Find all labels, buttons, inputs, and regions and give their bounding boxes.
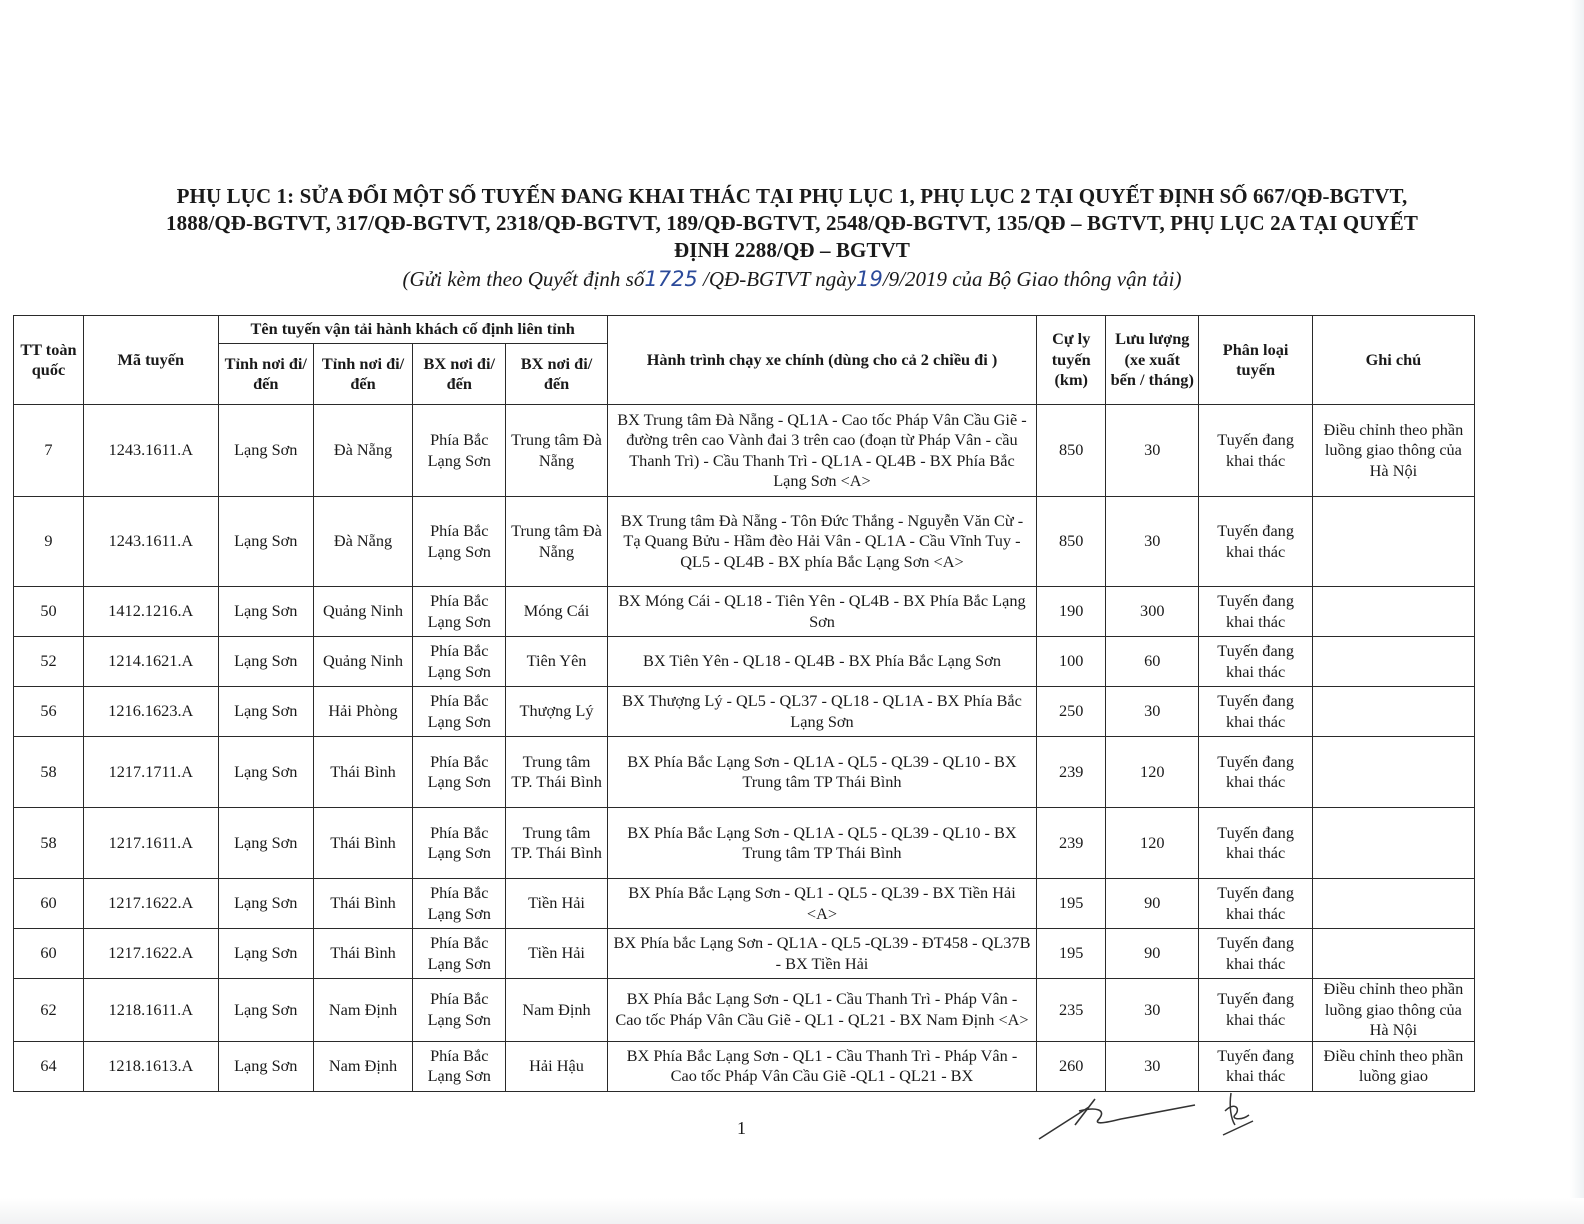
cell-tinh-1: Lạng Sơn <box>218 637 313 687</box>
decision-number-handwritten: 1725 <box>644 267 697 291</box>
cell-ma-tuyen: 1217.1711.A <box>83 737 218 808</box>
cell-cu-ly: 195 <box>1037 879 1106 929</box>
cell-tinh-2: Hải Phòng <box>313 687 412 737</box>
header-phan-loai: Phân loại tuyến <box>1199 316 1312 405</box>
table-row: 501412.1216.ALạng SơnQuảng NinhPhía Bắc … <box>14 587 1475 637</box>
cell-tinh-2: Nam Định <box>313 979 412 1042</box>
cell-phan-loai: Tuyến đang khai thác <box>1199 687 1312 737</box>
cell-bx-2: Trung tâm TP. Thái Bình <box>506 737 607 808</box>
table-row: 581217.1711.ALạng SơnThái BìnhPhía Bắc L… <box>14 737 1475 808</box>
cell-phan-loai: Tuyến đang khai thác <box>1199 879 1312 929</box>
cell-tinh-1: Lạng Sơn <box>218 929 313 979</box>
cell-phan-loai: Tuyến đang khai thác <box>1199 497 1312 587</box>
cell-phan-loai: Tuyến đang khai thác <box>1199 808 1312 879</box>
header-hanh-trinh: Hành trình chạy xe chính (dùng cho cả 2 … <box>607 316 1037 405</box>
cell-tt: 50 <box>14 587 84 637</box>
cell-bx-2: Hải Hậu <box>506 1041 607 1091</box>
cell-ghi-chu <box>1312 929 1474 979</box>
cell-bx-1: Phía Bắc Lạng Sơn <box>413 929 506 979</box>
table-row: 621218.1611.ALạng SơnNam ĐịnhPhía Bắc Lạ… <box>14 979 1475 1042</box>
cell-bx-2: Tiền Hải <box>506 929 607 979</box>
cell-phan-loai: Tuyến đang khai thác <box>1199 1041 1312 1091</box>
table-row: 561216.1623.ALạng SơnHải PhòngPhía Bắc L… <box>14 687 1475 737</box>
cell-luu-luong: 60 <box>1106 637 1199 687</box>
decision-day-handwritten: 19 <box>856 267 883 291</box>
cell-route: BX Phía bắc Lạng Sơn - QL1A - QL5 -QL39 … <box>607 929 1037 979</box>
cell-ma-tuyen: 1217.1622.A <box>83 879 218 929</box>
cell-ghi-chu <box>1312 737 1474 808</box>
cell-tinh-1: Lạng Sơn <box>218 979 313 1042</box>
cell-tinh-2: Đà Nẵng <box>313 497 412 587</box>
cell-bx-1: Phía Bắc Lạng Sơn <box>413 497 506 587</box>
routes-table-body: 71243.1611.ALạng SơnĐà NẵngPhía Bắc Lạng… <box>14 405 1475 1092</box>
cell-tinh-2: Quảng Ninh <box>313 587 412 637</box>
cell-tinh-1: Lạng Sơn <box>218 879 313 929</box>
cell-ma-tuyen: 1217.1611.A <box>83 808 218 879</box>
cell-tinh-1: Lạng Sơn <box>218 1041 313 1091</box>
cell-tinh-1: Lạng Sơn <box>218 808 313 879</box>
title-line-1: PHỤ LỤC 1: SỬA ĐỔI MỘT SỐ TUYẾN ĐANG KHA… <box>0 183 1584 210</box>
cell-route: BX Phía Bắc Lạng Sơn - QL1A - QL5 - QL39… <box>607 737 1037 808</box>
cell-ghi-chu: Điều chỉnh theo phần luồng giao thông củ… <box>1312 405 1474 497</box>
cell-cu-ly: 850 <box>1037 405 1106 497</box>
cell-luu-luong: 120 <box>1106 737 1199 808</box>
page-number: 1 <box>737 1118 746 1139</box>
cell-tinh-2: Thái Bình <box>313 929 412 979</box>
signature-initials-icon <box>1035 1085 1275 1145</box>
table-row: 601217.1622.ALạng SơnThái BìnhPhía Bắc L… <box>14 929 1475 979</box>
title-line-3: ĐỊNH 2288/QĐ – BGTVT <box>0 237 1584 264</box>
cell-ma-tuyen: 1218.1611.A <box>83 979 218 1042</box>
cell-cu-ly: 239 <box>1037 737 1106 808</box>
cell-tinh-2: Đà Nẵng <box>313 405 412 497</box>
cell-ma-tuyen: 1412.1216.A <box>83 587 218 637</box>
cell-bx-2: Tiên Yên <box>506 637 607 687</box>
cell-bx-1: Phía Bắc Lạng Sơn <box>413 405 506 497</box>
cell-bx-1: Phía Bắc Lạng Sơn <box>413 687 506 737</box>
cell-phan-loai: Tuyến đang khai thác <box>1199 405 1312 497</box>
cell-ma-tuyen: 1214.1621.A <box>83 637 218 687</box>
cell-tt: 60 <box>14 879 84 929</box>
cell-route: BX Trung tâm Đà Nẵng - QL1A - Cao tốc Ph… <box>607 405 1037 497</box>
cell-route: BX Thượng Lý - QL5 - QL37 - QL18 - QL1A … <box>607 687 1037 737</box>
cell-luu-luong: 90 <box>1106 879 1199 929</box>
cell-phan-loai: Tuyến đang khai thác <box>1199 979 1312 1042</box>
cell-bx-1: Phía Bắc Lạng Sơn <box>413 979 506 1042</box>
cell-luu-luong: 90 <box>1106 929 1199 979</box>
cell-route: BX Móng Cái - QL18 - Tiên Yên - QL4B - B… <box>607 587 1037 637</box>
cell-ma-tuyen: 1243.1611.A <box>83 405 218 497</box>
cell-tt: 64 <box>14 1041 84 1091</box>
cell-bx-1: Phía Bắc Lạng Sơn <box>413 1041 506 1091</box>
page-bottom-shadow <box>0 1198 1584 1224</box>
cell-bx-1: Phía Bắc Lạng Sơn <box>413 587 506 637</box>
cell-tt: 58 <box>14 808 84 879</box>
header-tinh-2: Tỉnh nơi đi/đến <box>313 344 412 405</box>
cell-bx-1: Phía Bắc Lạng Sơn <box>413 808 506 879</box>
cell-tt: 7 <box>14 405 84 497</box>
cell-phan-loai: Tuyến đang khai thác <box>1199 587 1312 637</box>
document-subtitle: (Gửi kèm theo Quyết định số1725 /QĐ-BGTV… <box>0 265 1584 293</box>
cell-cu-ly: 235 <box>1037 979 1106 1042</box>
cell-bx-2: Trung tâm TP. Thái Bình <box>506 808 607 879</box>
table-row: 601217.1622.ALạng SơnThái BìnhPhía Bắc L… <box>14 879 1475 929</box>
table-row: 91243.1611.ALạng SơnĐà NẵngPhía Bắc Lạng… <box>14 497 1475 587</box>
cell-tt: 52 <box>14 637 84 687</box>
cell-ghi-chu <box>1312 687 1474 737</box>
cell-cu-ly: 190 <box>1037 587 1106 637</box>
cell-luu-luong: 30 <box>1106 497 1199 587</box>
cell-tt: 60 <box>14 929 84 979</box>
cell-route: BX Phía Bắc Lạng Sơn - QL1 - QL5 - QL39 … <box>607 879 1037 929</box>
cell-tinh-2: Quảng Ninh <box>313 637 412 687</box>
header-tt: TT toàn quốc <box>14 316 84 405</box>
routes-table: TT toàn quốc Mã tuyến Tên tuyến vận tải … <box>13 315 1475 1092</box>
cell-luu-luong: 30 <box>1106 405 1199 497</box>
cell-bx-2: Tiền Hải <box>506 879 607 929</box>
cell-ma-tuyen: 1216.1623.A <box>83 687 218 737</box>
cell-tinh-1: Lạng Sơn <box>218 405 313 497</box>
cell-ma-tuyen: 1218.1613.A <box>83 1041 218 1091</box>
cell-luu-luong: 30 <box>1106 687 1199 737</box>
cell-cu-ly: 850 <box>1037 497 1106 587</box>
cell-ghi-chu: Điều chỉnh theo phần luồng giao thông củ… <box>1312 979 1474 1042</box>
cell-tinh-1: Lạng Sơn <box>218 737 313 808</box>
cell-ghi-chu <box>1312 637 1474 687</box>
cell-tinh-1: Lạng Sơn <box>218 497 313 587</box>
cell-route: BX Phía Bắc Lạng Sơn - QL1A - QL5 - QL39… <box>607 808 1037 879</box>
cell-luu-luong: 300 <box>1106 587 1199 637</box>
cell-tt: 58 <box>14 737 84 808</box>
cell-tt: 56 <box>14 687 84 737</box>
table-row: 641218.1613.ALạng SơnNam ĐịnhPhía Bắc Lạ… <box>14 1041 1475 1091</box>
cell-bx-2: Trung tâm Đà Nẵng <box>506 497 607 587</box>
cell-cu-ly: 100 <box>1037 637 1106 687</box>
subtitle-suffix: /9/2019 của Bộ Giao thông vận tải) <box>883 267 1182 291</box>
cell-tinh-1: Lạng Sơn <box>218 587 313 637</box>
header-tinh-1: Tỉnh nơi đi/đến <box>218 344 313 405</box>
cell-luu-luong: 30 <box>1106 1041 1199 1091</box>
cell-route: BX Trung tâm Đà Nẵng - Tôn Đức Thắng - N… <box>607 497 1037 587</box>
cell-ghi-chu: Điều chỉnh theo phần luồng giao <box>1312 1041 1474 1091</box>
cell-tinh-2: Thái Bình <box>313 737 412 808</box>
cell-ghi-chu <box>1312 497 1474 587</box>
header-luu-luong: Lưu lượng (xe xuất bến / tháng) <box>1106 316 1199 405</box>
cell-bx-1: Phía Bắc Lạng Sơn <box>413 879 506 929</box>
cell-bx-2: Nam Định <box>506 979 607 1042</box>
cell-bx-1: Phía Bắc Lạng Sơn <box>413 737 506 808</box>
title-line-2: 1888/QĐ-BGTVT, 317/QĐ-BGTVT, 2318/QĐ-BGT… <box>0 210 1584 237</box>
cell-tinh-1: Lạng Sơn <box>218 687 313 737</box>
cell-bx-2: Thượng Lý <box>506 687 607 737</box>
cell-route: BX Tiên Yên - QL18 - QL4B - BX Phía Bắc … <box>607 637 1037 687</box>
cell-cu-ly: 250 <box>1037 687 1106 737</box>
subtitle-prefix: (Gửi kèm theo Quyết định số <box>403 267 645 291</box>
cell-ghi-chu <box>1312 587 1474 637</box>
header-bx-2: BX nơi đi/đến <box>506 344 607 405</box>
header-ma-tuyen: Mã tuyến <box>83 316 218 405</box>
cell-cu-ly: 195 <box>1037 929 1106 979</box>
header-group-route-name: Tên tuyến vận tải hành khách cố định liê… <box>218 316 607 344</box>
header-ghi-chu: Ghi chú <box>1312 316 1474 405</box>
cell-cu-ly: 260 <box>1037 1041 1106 1091</box>
cell-phan-loai: Tuyến đang khai thác <box>1199 929 1312 979</box>
header-bx-1: BX nơi đi/đến <box>413 344 506 405</box>
cell-ma-tuyen: 1243.1611.A <box>83 497 218 587</box>
cell-tinh-2: Thái Bình <box>313 879 412 929</box>
cell-bx-2: Trung tâm Đà Nẵng <box>506 405 607 497</box>
subtitle-middle: /QĐ-BGTVT ngày <box>698 267 856 291</box>
cell-bx-1: Phía Bắc Lạng Sơn <box>413 637 506 687</box>
table-row: 71243.1611.ALạng SơnĐà NẵngPhía Bắc Lạng… <box>14 405 1475 497</box>
cell-cu-ly: 239 <box>1037 808 1106 879</box>
cell-ghi-chu <box>1312 808 1474 879</box>
cell-phan-loai: Tuyến đang khai thác <box>1199 737 1312 808</box>
cell-ghi-chu <box>1312 879 1474 929</box>
cell-tinh-2: Thái Bình <box>313 808 412 879</box>
cell-bx-2: Móng Cái <box>506 587 607 637</box>
cell-ma-tuyen: 1217.1622.A <box>83 929 218 979</box>
cell-phan-loai: Tuyến đang khai thác <box>1199 637 1312 687</box>
cell-tt: 9 <box>14 497 84 587</box>
cell-luu-luong: 120 <box>1106 808 1199 879</box>
document-header: PHỤ LỤC 1: SỬA ĐỔI MỘT SỐ TUYẾN ĐANG KHA… <box>0 183 1584 293</box>
table-row: 521214.1621.ALạng SơnQuảng NinhPhía Bắc … <box>14 637 1475 687</box>
cell-luu-luong: 30 <box>1106 979 1199 1042</box>
cell-route: BX Phía Bắc Lạng Sơn - QL1 - Cầu Thanh T… <box>607 1041 1037 1091</box>
header-cu-ly: Cự ly tuyến (km) <box>1037 316 1106 405</box>
cell-tinh-2: Nam Định <box>313 1041 412 1091</box>
cell-route: BX Phía Bắc Lạng Sơn - QL1 - Cầu Thanh T… <box>607 979 1037 1042</box>
table-row: 581217.1611.ALạng SơnThái BìnhPhía Bắc L… <box>14 808 1475 879</box>
cell-tt: 62 <box>14 979 84 1042</box>
